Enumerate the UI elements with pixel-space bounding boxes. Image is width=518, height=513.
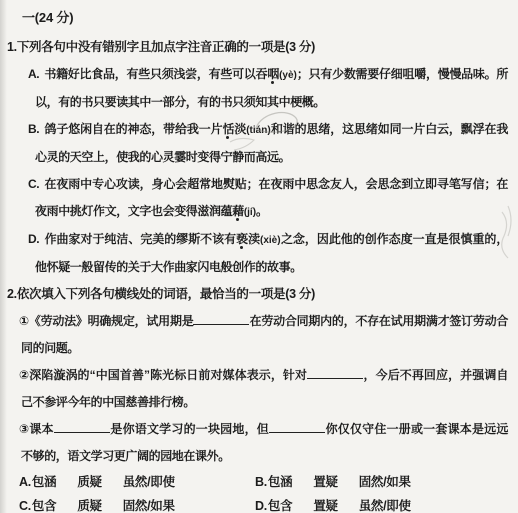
text-segment: 淡 [234, 122, 246, 136]
q1-option-a: A.书籍好比食品，有些只须浅尝，有些可以吞咽(yè)；只有少数需要仔细咀嚼，慢慢… [28, 61, 508, 116]
q1-stem: 1.下列各句中没有错别字且加点字注音正确的一项是(3 分) [7, 34, 506, 61]
text-segment: 和谐的思绪，这思绪如同一片白云，飘浮在我 [271, 122, 508, 136]
option-text: 夜雨中挑灯作文，文字也会变得滋润蕴藉(jí)。 [35, 204, 268, 218]
choice-word: 质疑 [77, 470, 101, 494]
q1-option-b-line2: 心灵的天空上，使我的心灵霎时变得宁静而高远。 [28, 144, 508, 171]
item-text: 同的问题。 [21, 341, 79, 355]
q1-option-c-line2: 夜雨中挑灯作文，文字也会变得滋润蕴藉(jí)。 [28, 198, 508, 226]
item-text: 己不参评今年的中国慈善排行榜。 [21, 395, 195, 409]
q1-option-c: C.在夜雨中专心攻读，身心会超常地熨贴；在夜雨中思念友人，会思念到立即寻笔写信；… [28, 171, 508, 226]
option-text: 他怀疑一般留传的关于大作曲家闪电般创作的故事。 [35, 260, 302, 274]
text-segment: 同的问题。 [21, 341, 79, 355]
answer-blank [307, 365, 363, 379]
q2-item-1-line2: 同的问题。 [19, 335, 508, 362]
answer-blank [193, 311, 249, 325]
dotted-character: 咽 [267, 67, 279, 81]
q2-item-2: ②深陷漩涡的“中国首善”陈光标日前对媒体表示，针对，今后不再回应，并强调自 己不… [19, 362, 508, 416]
option-text: 心灵的天空上，使我的心灵霎时变得宁静而高远。 [35, 150, 290, 164]
q2-choice-a: A.包涵质疑虽然/即使 [19, 470, 255, 494]
q1-option-a-line2: 以，有的书只要读其中一部分，有的书只须知其中梗概。 [28, 89, 508, 116]
pinyin-annotation: (jí) [244, 207, 256, 218]
choice-word: 包涵 [32, 470, 56, 494]
q1-option-d-line2: 他怀疑一般留传的关于大作曲家闪电般创作的故事。 [28, 254, 508, 281]
choice-word: 包含 [268, 494, 292, 513]
answer-blank [54, 419, 110, 433]
choice-word: 固然/如果 [359, 470, 411, 494]
option-text: 在夜雨中专心攻读，身心会超常地熨贴；在夜雨中思念友人，会思念到立即寻笔写信；在 [44, 177, 508, 191]
text-segment: 己不参评今年的中国慈善排行榜。 [21, 395, 195, 409]
q2-item-3-line2: 不够的，语文学习更广阔的园地在课外。 [19, 443, 508, 470]
q2-item-2-line2: 己不参评今年的中国慈善排行榜。 [19, 389, 508, 416]
item-text: 不够的，语文学习更广阔的园地在课外。 [21, 449, 230, 463]
choice-word: 固然/如果 [123, 494, 175, 513]
choice-word: 包涵 [268, 470, 292, 494]
q2-choices-row-2: C.包含质疑固然/如果 D.包含置疑虽然/即使 [19, 494, 518, 513]
text-segment: 他怀疑一般留传的关于大作曲家闪电般创作的故事。 [35, 260, 302, 274]
option-text: 书籍好比食品，有些只须浅尝，有些可以吞咽(yè)；只有少数需要仔细咀嚼，慢慢品味… [44, 67, 508, 81]
dotted-character: 亵 [236, 232, 248, 246]
text-segment: 以，有的书只要读其中一部分，有的书只须知其中梗概。 [35, 95, 325, 109]
text-segment: ；只有少数需要仔细咀嚼，慢慢品味。所 [297, 67, 508, 81]
q2-choice-d: D.包含置疑虽然/即使 [255, 494, 518, 513]
option-text: 作曲家对于纯洁、完美的缪斯不该有亵渎(xiè)之念，因此他的创作态度一直是很慎重… [44, 232, 508, 246]
text-segment: 鸽子悠闲自在的神态，带给我一片 [44, 122, 222, 136]
section-header: 一(24 分) [22, 6, 518, 30]
text-segment: ①《劳动法》明确规定，试用期是 [19, 314, 193, 328]
text-segment: ，今后不再回应，并强调自 [363, 368, 508, 382]
exam-page: 一(24 分) 1.下列各句中没有错别字且加点字注音正确的一项是(3 分) A.… [0, 0, 518, 513]
choice-label: C. [19, 499, 31, 513]
option-label: C. [28, 177, 39, 191]
text-segment: 作曲家对于纯洁、完美的缪斯不该有 [44, 232, 236, 246]
text-segment: ③课本 [19, 422, 54, 436]
q1-option-b-line1: B.鸽子悠闲自在的神态，带给我一片恬淡(tián)和谐的思绪，这思绪如同一片白云… [28, 116, 508, 144]
q1-option-a-line1: A.书籍好比食品，有些只须浅尝，有些可以吞咽(yè)；只有少数需要仔细咀嚼，慢慢… [28, 61, 508, 89]
q2-stem: 2.依次填入下列各句横线处的词语，最恰当的一项是(3 分) [7, 281, 506, 308]
q2-item-1-line1: ①《劳动法》明确规定，试用期是在劳动合同期内的，不存在试用期满才签订劳动合 [19, 308, 508, 335]
q2-item-2-line1: ②深陷漩涡的“中国首善”陈光标日前对媒体表示，针对，今后不再回应，并强调自 [19, 362, 508, 389]
q2-item-3-line1: ③课本是你语文学习的一块园地，但你仅仅守住一册或一套课本是远远 [19, 416, 508, 443]
choice-label: A. [19, 475, 31, 489]
q2-item-1: ①《劳动法》明确规定，试用期是在劳动合同期内的，不存在试用期满才签订劳动合 同的… [19, 308, 508, 362]
dotted-character: 恬 [222, 122, 234, 136]
pinyin-annotation: (tián) [246, 125, 270, 136]
q1-option-b: B.鸽子悠闲自在的神态，带给我一片恬淡(tián)和谐的思绪，这思绪如同一片白云… [28, 116, 508, 171]
choice-word: 包含 [32, 494, 56, 513]
option-label: A. [28, 67, 39, 81]
pinyin-annotation: (yè) [279, 70, 297, 81]
choice-word: 置疑 [313, 494, 337, 513]
q2-choice-b: B.包涵置疑固然/如果 [255, 470, 518, 494]
text-segment: 你仅仅守住一册或一套课本是远远 [325, 422, 508, 436]
pinyin-annotation: (xiè) [260, 235, 281, 246]
item-text: ③课本是你语文学习的一块园地，但你仅仅守住一册或一套课本是远远 [19, 422, 508, 436]
item-text: ①《劳动法》明确规定，试用期是在劳动合同期内的，不存在试用期满才签订劳动合 [19, 314, 508, 328]
text-segment: ②深陷漩涡的“中国首善”陈光标日前对媒体表示，针对 [19, 368, 307, 382]
q1-option-d: D.作曲家对于纯洁、完美的缪斯不该有亵渎(xiè)之念，因此他的创作态度一直是很… [28, 226, 508, 281]
q2-choices-row-1: A.包涵质疑虽然/即使 B.包涵置疑固然/如果 [19, 470, 518, 494]
text-segment: 夜雨中挑灯作文，文字也会变得滋润蕴 [35, 204, 232, 218]
dotted-character: 藉 [232, 204, 244, 218]
q1-option-c-line1: C.在夜雨中专心攻读，身心会超常地熨贴；在夜雨中思念友人，会思念到立即寻笔写信；… [28, 171, 508, 198]
text-segment: 。 [256, 204, 268, 218]
text-segment: 在劳动合同期内的，不存在试用期满才签订劳动合 [249, 314, 508, 328]
q2-item-3: ③课本是你语文学习的一块园地，但你仅仅守住一册或一套课本是远远 不够的，语文学习… [19, 416, 508, 470]
q1-option-d-line1: D.作曲家对于纯洁、完美的缪斯不该有亵渎(xiè)之念，因此他的创作态度一直是很… [28, 226, 508, 254]
choice-label: D. [255, 499, 267, 513]
option-label: B. [28, 122, 39, 136]
q2-choice-c: C.包含质疑固然/如果 [19, 494, 255, 513]
text-segment: 心灵的天空上，使我的心灵霎时变得宁静而高远。 [35, 150, 290, 164]
text-segment: 之念，因此他的创作态度一直是很慎重的， [281, 232, 508, 246]
option-text: 鸽子悠闲自在的神态，带给我一片恬淡(tián)和谐的思绪，这思绪如同一片白云，飘… [44, 122, 508, 136]
choice-word: 置疑 [313, 470, 337, 494]
text-segment: 在夜雨中专心攻读，身心会超常地熨贴；在夜雨中思念友人，会思念到立即寻笔写信；在 [44, 177, 508, 191]
text-segment: 是你语文学习的一块园地，但 [110, 422, 269, 436]
text-segment: 渎 [248, 232, 260, 246]
text-segment: 不够的，语文学习更广阔的园地在课外。 [21, 449, 230, 463]
choice-label: B. [255, 475, 267, 489]
choice-word: 虽然/即使 [359, 494, 411, 513]
option-text: 以，有的书只要读其中一部分，有的书只须知其中梗概。 [35, 95, 325, 109]
item-text: ②深陷漩涡的“中国首善”陈光标日前对媒体表示，针对，今后不再回应，并强调自 [19, 368, 508, 382]
text-segment: 书籍好比食品，有些只须浅尝，有些可以吞 [44, 67, 267, 81]
choice-word: 虽然/即使 [123, 470, 175, 494]
answer-blank [269, 419, 325, 433]
choice-word: 质疑 [77, 494, 101, 513]
option-label: D. [28, 232, 39, 246]
